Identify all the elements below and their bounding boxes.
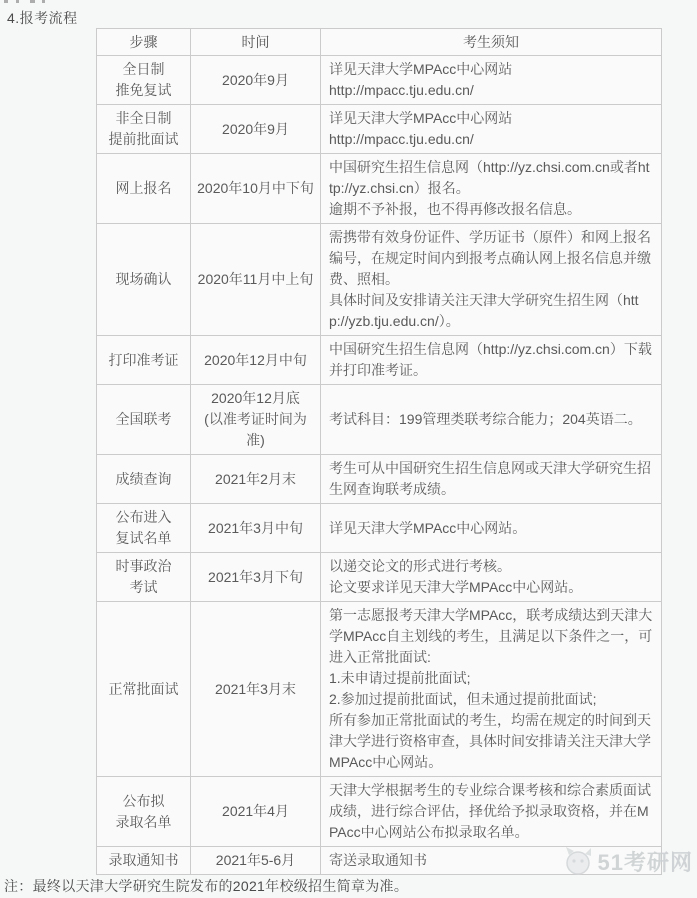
step-cell: 网上报名: [97, 154, 191, 224]
table-row: 现场确认2020年11月中上旬需携带有效身份证件、学历证书（原件）和网上报名编号…: [97, 224, 662, 336]
time-cell: 2021年5-6月: [191, 847, 321, 875]
header-cell: 考生须知: [321, 29, 662, 56]
step-cell: 正常批面试: [97, 602, 191, 777]
table-row: 公布拟 录取名单2021年4月天津大学根据考生的专业综合课考核和综合素质面试成绩…: [97, 777, 662, 847]
footer-note: 注：最终以天津大学研究生院发布的2021年校级招生简章为准。: [4, 876, 408, 896]
step-cell: 现场确认: [97, 224, 191, 336]
time-cell: 2020年12月底 (以准考证时间为准): [191, 385, 321, 455]
notice-cell: 详见天津大学MPAcc中心网站 http://mpacc.tju.edu.cn/: [321, 105, 662, 154]
step-cell: 非全日制 提前批面试: [97, 105, 191, 154]
table-row: 公布进入 复试名单2021年3月中旬详见天津大学MPAcc中心网站。: [97, 504, 662, 553]
step-cell: 全日制 推免复试: [97, 56, 191, 105]
time-cell: 2020年9月: [191, 56, 321, 105]
time-cell: 2020年11月中上旬: [191, 224, 321, 336]
time-cell: 2020年10月中下旬: [191, 154, 321, 224]
notice-cell: 以递交论文的形式进行考核。 论文要求详见天津大学MPAcc中心网站。: [321, 553, 662, 602]
step-cell: 公布拟 录取名单: [97, 777, 191, 847]
step-cell: 公布进入 复试名单: [97, 504, 191, 553]
time-cell: 2020年12月中旬: [191, 336, 321, 385]
table-row: 全日制 推免复试2020年9月详见天津大学MPAcc中心网站 http://mp…: [97, 56, 662, 105]
table-row: 网上报名2020年10月中下旬中国研究生招生信息网（http://yz.chsi…: [97, 154, 662, 224]
step-cell: 成绩查询: [97, 455, 191, 504]
header-cell: 时间: [191, 29, 321, 56]
step-cell: 打印准考证: [97, 336, 191, 385]
time-cell: 2021年2月末: [191, 455, 321, 504]
page-title: 4.报考流程: [7, 8, 78, 28]
step-cell: 录取通知书: [97, 847, 191, 875]
table-row: 打印准考证2020年12月中旬中国研究生招生信息网（http://yz.chsi…: [97, 336, 662, 385]
table-row: 全国联考2020年12月底 (以准考证时间为准)考试科目：199管理类联考综合能…: [97, 385, 662, 455]
table-row: 非全日制 提前批面试2020年9月详见天津大学MPAcc中心网站 http://…: [97, 105, 662, 154]
notice-cell: 详见天津大学MPAcc中心网站。: [321, 504, 662, 553]
notice-cell: 详见天津大学MPAcc中心网站 http://mpacc.tju.edu.cn/: [321, 56, 662, 105]
table-row: 成绩查询2021年2月末考生可从中国研究生招生信息网或天津大学研究生招生网查询联…: [97, 455, 662, 504]
table-body: 全日制 推免复试2020年9月详见天津大学MPAcc中心网站 http://mp…: [97, 56, 662, 875]
time-cell: 2021年3月中旬: [191, 504, 321, 553]
time-cell: 2020年9月: [191, 105, 321, 154]
notice-cell: 第一志愿报考天津大学MPAcc，联考成绩达到天津大学MPAcc自主划线的考生，且…: [321, 602, 662, 777]
table-row: 录取通知书2021年5-6月寄送录取通知书: [97, 847, 662, 875]
table-row: 正常批面试2021年3月末第一志愿报考天津大学MPAcc，联考成绩达到天津大学M…: [97, 602, 662, 777]
notice-cell: 寄送录取通知书: [321, 847, 662, 875]
application-process-table: 步骤时间考生须知 全日制 推免复试2020年9月详见天津大学MPAcc中心网站 …: [96, 28, 662, 875]
time-cell: 2021年4月: [191, 777, 321, 847]
notice-cell: 考生可从中国研究生招生信息网或天津大学研究生招生网查询联考成绩。: [321, 455, 662, 504]
notice-cell: 需携带有效身份证件、学历证书（原件）和网上报名编号，在规定时间内到报考点确认网上…: [321, 224, 662, 336]
table-row: 时事政治 考试2021年3月下旬以递交论文的形式进行考核。 论文要求详见天津大学…: [97, 553, 662, 602]
clipped-text-fragment: [4, 0, 48, 4]
time-cell: 2021年3月下旬: [191, 553, 321, 602]
table-header-row: 步骤时间考生须知: [97, 29, 662, 56]
header-cell: 步骤: [97, 29, 191, 56]
notice-cell: 考试科目：199管理类联考综合能力；204英语二。: [321, 385, 662, 455]
notice-cell: 天津大学根据考生的专业综合课考核和综合素质面试成绩，进行综合评估，择优给予拟录取…: [321, 777, 662, 847]
notice-cell: 中国研究生招生信息网（http://yz.chsi.com.cn或者http:/…: [321, 154, 662, 224]
step-cell: 全国联考: [97, 385, 191, 455]
step-cell: 时事政治 考试: [97, 553, 191, 602]
time-cell: 2021年3月末: [191, 602, 321, 777]
notice-cell: 中国研究生招生信息网（http://yz.chsi.com.cn）下载并打印准考…: [321, 336, 662, 385]
